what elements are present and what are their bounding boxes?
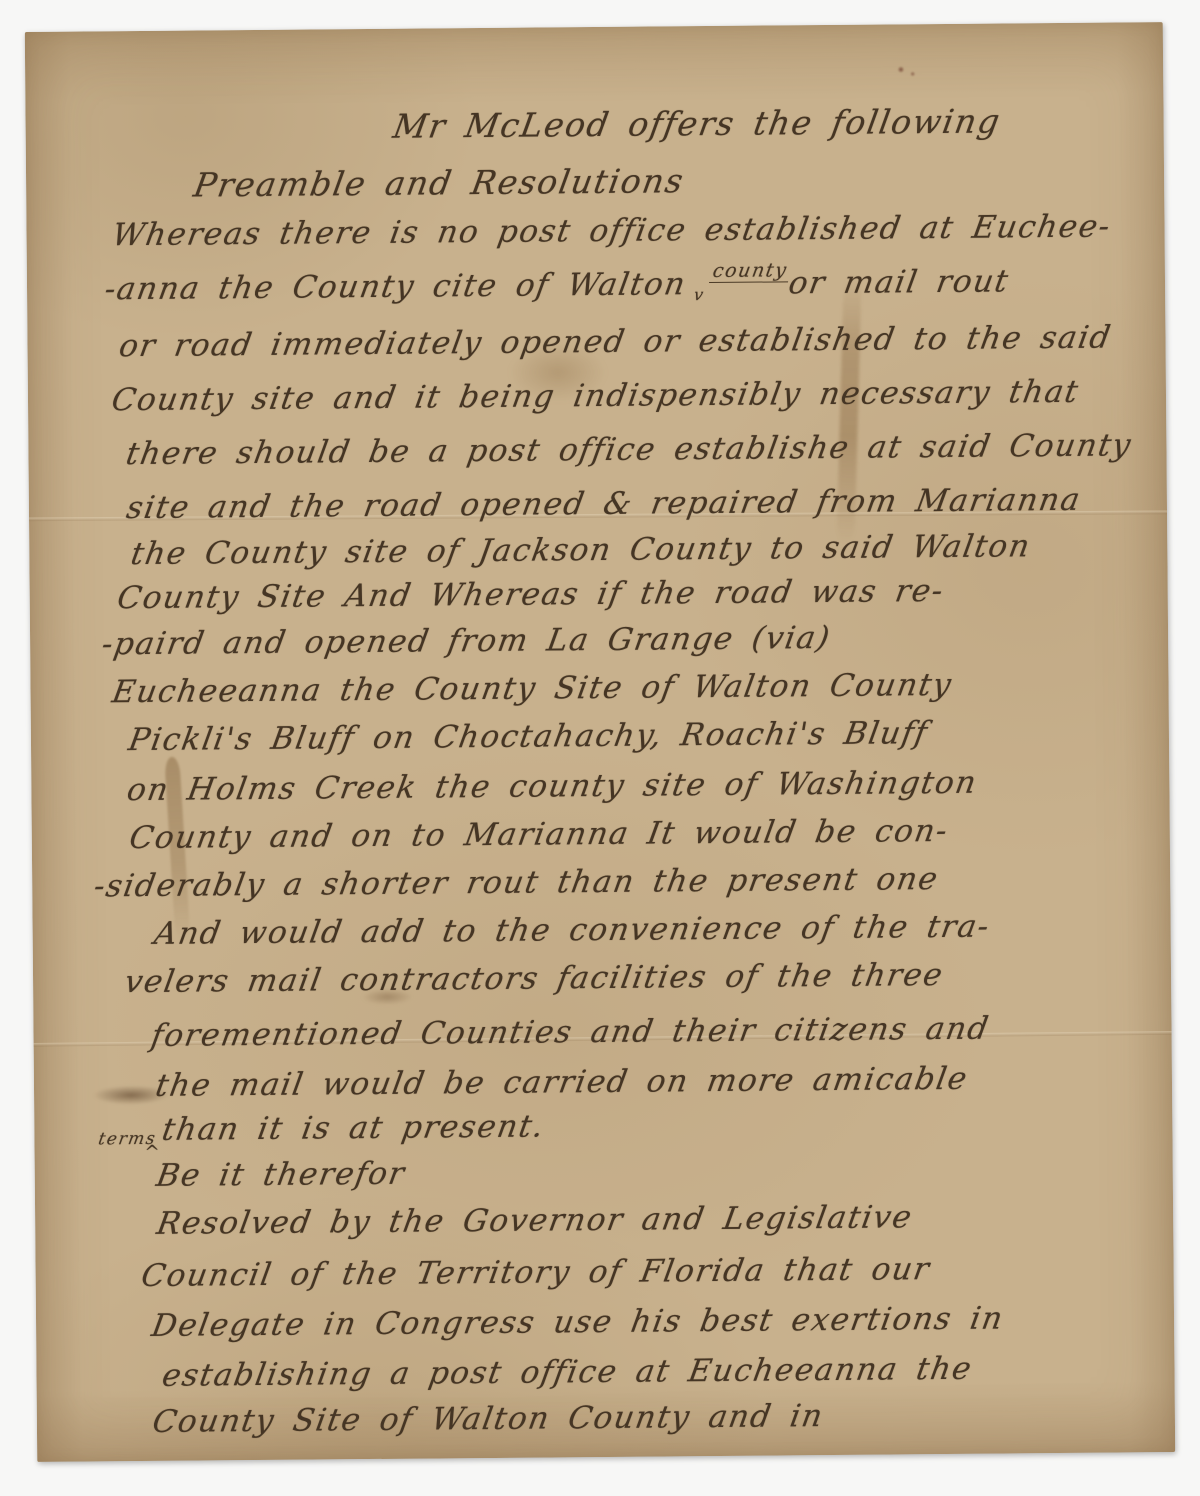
line-text: establishing a post office at Eucheeanna… (159, 1351, 975, 1394)
manuscript-line: County Site of Walton County and in (153, 1398, 824, 1440)
manuscript-line: forementioned Counties and their citizen… (151, 1011, 989, 1054)
manuscript-line: site and the road opened & repaired from… (127, 482, 1081, 526)
superscript-insertion: county (709, 259, 791, 283)
line-text: Whereas there is no post office establis… (110, 208, 1114, 253)
attribution-heading: Mr McLeod offers the following (393, 101, 1000, 145)
manuscript-line: there should be a post office establishe… (126, 427, 1131, 472)
manuscript-line: And would add to the convenience of the … (155, 909, 991, 952)
manuscript-line: on Holms Creek the county site of Washin… (127, 765, 977, 808)
manuscript-line: or road immediately opened or establishe… (119, 320, 1111, 365)
line-text: Be it therefor (154, 1156, 409, 1194)
line-text: Council of the Territory of Florida that… (139, 1251, 934, 1294)
line-text: site and the road opened & repaired from… (124, 482, 1084, 526)
line-text: than it is at present. (159, 1108, 547, 1147)
line-text: -anna the County cite of Walton (102, 266, 689, 307)
manuscript-line: the County site of Jackson County to sai… (131, 528, 1031, 572)
line-text: the County site of Jackson County to sai… (128, 528, 1033, 572)
line-text: or mail rout (786, 263, 1012, 301)
line-text: Pickli's Bluff on Choctahachy, Roachi's … (126, 715, 931, 758)
manuscript-line: County Site And Whereas if the road was … (118, 573, 945, 616)
line-text: there should be a post office establishe… (123, 427, 1134, 472)
line-text: -siderably a shorter rout than the prese… (91, 861, 941, 904)
line-text: County Site And Whereas if the road was … (115, 573, 947, 616)
manuscript-line: County and on to Marianna It would be co… (130, 813, 949, 856)
line-text: the mail would be carried on more amicab… (153, 1061, 971, 1104)
line-text: County site and it being indispensibly n… (109, 374, 1082, 418)
manuscript-line: Whereas there is no post office establis… (112, 209, 1111, 254)
line-text: on Holms Creek the county site of Washin… (124, 765, 980, 808)
line-text: County and on to Marianna It would be co… (127, 813, 952, 856)
manuscript-line-with-insertion: terms^than it is at present. (98, 1109, 544, 1149)
scanner-background: Mr McLeod offers the following Preamble … (0, 0, 1200, 1496)
line-text: -paird and opened from La Grange (via) (99, 620, 833, 662)
line-text: Preamble and Resolutions (191, 161, 688, 204)
manuscript-line-with-insertion: -anna the County cite of Waltonvcountyor… (105, 263, 1010, 307)
manuscript-line: establishing a post office at Eucheeanna… (162, 1351, 972, 1394)
manuscript-line: Eucheeanna the County Site of Walton Cou… (112, 667, 952, 710)
ink-spot-stain (893, 62, 919, 80)
line-text: velers mail contractors facilities of th… (122, 957, 946, 1000)
manuscript-line: Be it therefor (157, 1156, 406, 1194)
line-text: County Site of Walton County and in (150, 1398, 827, 1440)
manuscript-line: the mail would be carried on more amicab… (156, 1061, 968, 1104)
manuscript-line: -siderably a shorter rout than the prese… (94, 861, 939, 904)
manuscript-line: velers mail contractors facilities of th… (125, 957, 944, 1000)
line-text: forementioned Counties and their citizen… (149, 1011, 993, 1054)
line-text: or road immediately opened or establishe… (117, 319, 1115, 364)
line-text: Mr McLeod offers the following (390, 101, 1004, 145)
line-text: Eucheeanna the County Site of Walton Cou… (110, 667, 956, 710)
line-text: Delegate in Congress use his best exerti… (149, 1300, 1007, 1343)
line-text: And would add to the convenience of the … (152, 909, 993, 952)
manuscript-line: Delegate in Congress use his best exerti… (152, 1301, 1004, 1344)
preamble-heading: Preamble and Resolutions (194, 161, 684, 204)
manuscript-line: -paird and opened from La Grange (via) (102, 620, 831, 662)
caret-mark: v (693, 285, 707, 304)
manuscript-line: Council of the Territory of Florida that… (141, 1251, 930, 1294)
manuscript-page: Mr McLeod offers the following Preamble … (25, 22, 1175, 1462)
manuscript-line: Resolved by the Governor and Legislative (157, 1199, 913, 1242)
manuscript-line: County site and it being indispensibly n… (112, 374, 1079, 418)
manuscript-line: Pickli's Bluff on Choctahachy, Roachi's … (129, 715, 928, 758)
line-text: Resolved by the Governor and Legislative (154, 1199, 915, 1242)
